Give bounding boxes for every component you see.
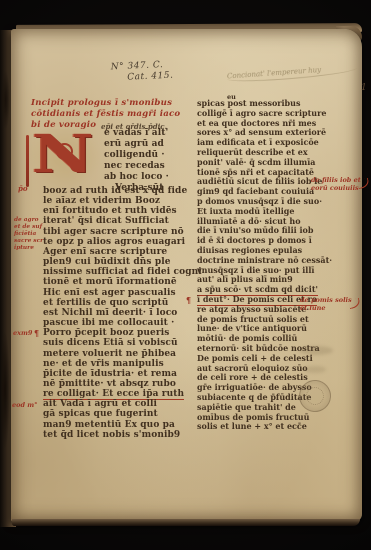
manuscript-text-line: te opz p alios agros euagari: [43, 237, 197, 247]
margin-note-right: de pomis soliset lune: [300, 297, 352, 312]
manuscript-text-line: et fertilis de quo scriptū: [43, 298, 197, 308]
manuscript-text-line: colligendū ·: [104, 150, 199, 161]
initial-ornament-icon: [56, 143, 73, 160]
margin-note-line: eod m°: [12, 401, 37, 409]
margin-note-line: de agro: [14, 217, 43, 224]
manuscript-photograph: N° 347. C. Cat. 415. Concionat' l'empere…: [0, 0, 371, 550]
manuscript-text-line: le aīaz et viderim Booz: [43, 196, 197, 206]
margin-note-left: eod m°: [12, 401, 37, 409]
manuscript-text-line: e vadas ī alt': [104, 128, 199, 139]
manuscript-text-line: suis dicens Etiā si vobiscū: [43, 338, 197, 348]
margin-note-right: de filiis iob eteorū couiuiis: [311, 177, 361, 192]
manuscript-text-line: Ager enī sacre scripture: [43, 247, 197, 257]
catalog-number: Cat. 415.: [127, 71, 174, 83]
manuscript-text-line: erū agrū ad: [104, 139, 199, 150]
faded-inscription: Concionat' l'empereur huy: [227, 63, 357, 83]
manuscript-text-line: p̄icite de īdustria· et rema: [43, 369, 197, 379]
margin-note-line: ipture: [14, 245, 43, 252]
margin-note-line: p̄o: [18, 184, 28, 193]
margin-note-line: sacre scr: [14, 238, 43, 245]
manuscript-text-line: ait Vadā ī agrū et colli: [43, 399, 197, 409]
margin-note-left: de agroet de sufficiētiasacre scripture: [14, 217, 43, 252]
manuscript-text-line: nissime sufficiat ad fidei cogni: [43, 267, 197, 277]
margin-note-left: exm9: [13, 329, 32, 337]
text-column-left-opening: e vadas ī alt'erū agrū adcolligendū ·nec…: [104, 128, 199, 193]
paragraph-mark: ¶: [186, 295, 191, 305]
ink-smudge: [304, 366, 326, 373]
ink-smudge: [299, 346, 333, 355]
manuscript-text-line: enī fortitudo et ruth vidēs: [43, 206, 197, 216]
margin-note-line: ficiētia: [14, 231, 43, 238]
manuscript-text-line: Hic enī est ager pascualis: [43, 288, 197, 298]
margin-note-left: p̄o: [18, 184, 28, 193]
folio-number: 1: [361, 83, 367, 93]
text-column-left: booz ad ruth id est x̄ qd fidele aīaz et…: [43, 186, 197, 440]
text-column-right: spicas post messoribuscolligē ī agro sac…: [197, 99, 319, 432]
initial-ornament-icon: [70, 159, 83, 172]
paragraph-mark: ¶: [34, 328, 39, 338]
manuscript-text-line: tibi ager sacre scripture nō: [43, 227, 197, 237]
manuscript-text-line: ne· et de vr̄is manipulis: [43, 359, 197, 369]
manuscript-text-line: pascue ibi me collocauit ·: [43, 318, 197, 328]
page-bottom-edge: [12, 519, 360, 526]
manuscript-text-line: metere voluerit ne p̄hibea: [43, 349, 197, 359]
initial-flourish: [26, 135, 29, 187]
manuscript-text-line: gā spicas que fugerint: [43, 409, 197, 419]
manuscript-text-line: est Nichil mī deerit· ī loco: [43, 308, 197, 318]
manuscript-text-line: Porro p̄cepit booz pueris: [43, 328, 197, 338]
manuscript-text-line: solis et lune + x° et ecc̄e: [197, 422, 319, 432]
manuscript-text-line: tionē et morū īformationē: [43, 277, 197, 287]
margin-note-line: exm9: [13, 329, 32, 337]
manuscript-text-line: tet q̄d licet nobis s'monib9: [43, 430, 197, 440]
manuscript-text-line: man9 metentiū Ex quo pa: [43, 420, 197, 430]
manuscript-text-line: plen9 cui būdixit dn̄s ple: [43, 257, 197, 267]
margin-note-line: eorū couiuiis: [311, 185, 361, 193]
manuscript-text-line: nec recedas: [104, 161, 199, 172]
manuscript-text-line: booz ad ruth id est x̄ qd fide: [43, 186, 197, 196]
illuminated-initial: N: [26, 129, 102, 189]
margin-note-line: et de suf: [14, 224, 43, 231]
manuscript-text-line: ab hoc loco ·: [104, 172, 199, 183]
rubric-line: Incipit prologus ī s'monibus: [31, 98, 201, 109]
rubric-line: cōtidianis et fēstis magr̄i iaco: [31, 109, 201, 120]
manuscript-text-line: re colligat· Et ecce ip̄a ruth: [43, 389, 184, 399]
manuscript-text-line: nē p̄mittite· vt absqz rubo: [43, 379, 197, 389]
margin-note-line: et lune: [300, 305, 352, 313]
manuscript-text-line: iterat' q̄si dicat Sufficiat: [43, 216, 197, 226]
stamp-inner-ring: [304, 385, 327, 408]
shelfmark-inscription: N° 347. C. Cat. 415.: [111, 60, 174, 84]
parchment-page: N° 347. C. Cat. 415. Concionat' l'empere…: [11, 29, 362, 522]
